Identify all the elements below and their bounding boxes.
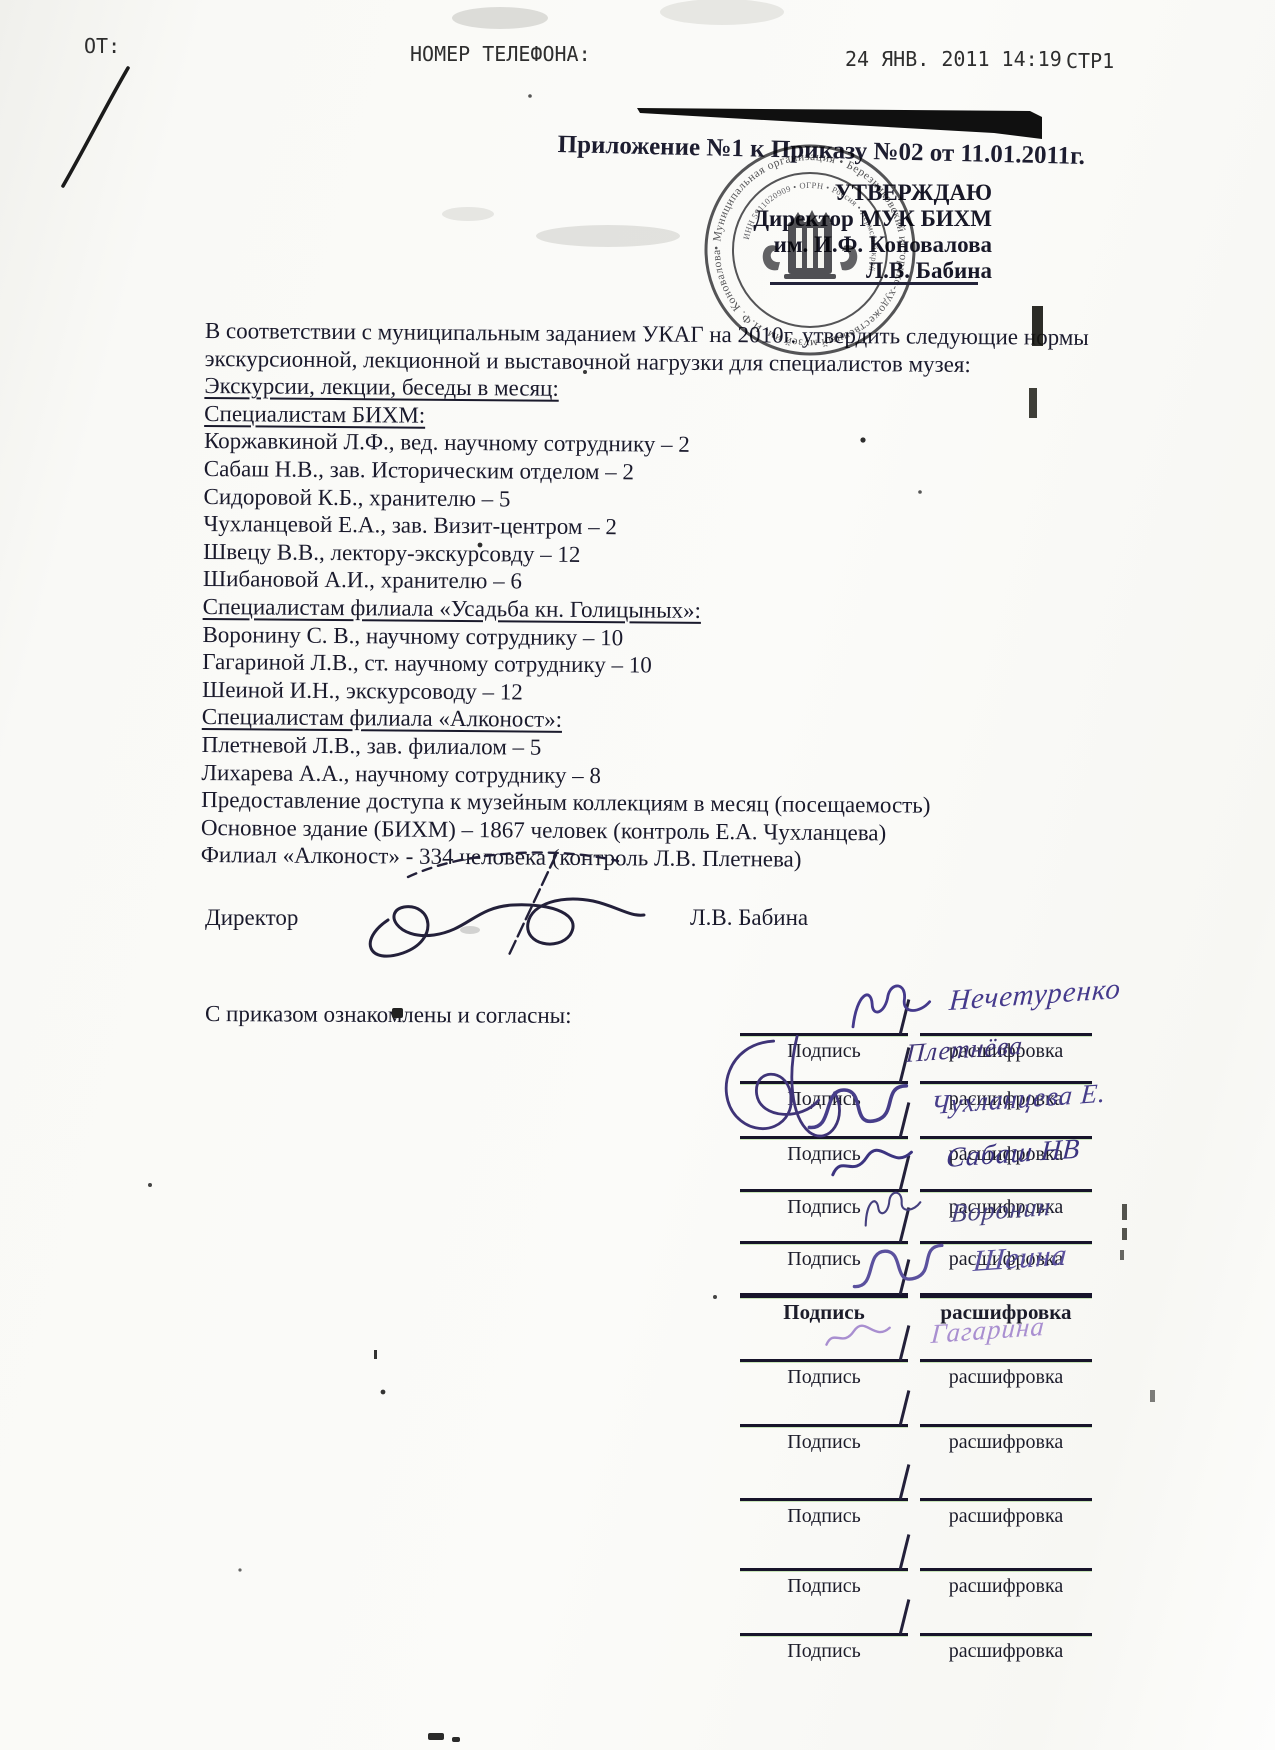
decode-line bbox=[920, 1293, 1092, 1298]
body-lines: Экскурсии, лекции, беседы в месяц:Специа… bbox=[201, 372, 1105, 876]
fax-from-label: ОТ: bbox=[84, 34, 120, 58]
decode-label: расшифровка bbox=[920, 1366, 1092, 1389]
signature-line bbox=[740, 1633, 908, 1636]
signature-line bbox=[740, 1293, 908, 1298]
museum-round-stamp: • Муниципальная организация • Березников… bbox=[700, 140, 920, 360]
decode-label: расшифровка bbox=[920, 1575, 1092, 1598]
director-signature-scribble bbox=[348, 845, 678, 980]
handwritten-name: Нечетуренко bbox=[948, 973, 1122, 1018]
fax-phone-label: НОМЕР ТЕЛЕФОНА: bbox=[410, 42, 591, 66]
approval-signature-line bbox=[770, 282, 978, 285]
scanned-fax-document: ОТ: НОМЕР ТЕЛЕФОНА: 24 ЯНВ. 2011 14:19 С… bbox=[0, 0, 1275, 1750]
decode-line bbox=[920, 1359, 1092, 1362]
decode-line bbox=[920, 1424, 1092, 1427]
handwritten-name: Плетнёва bbox=[905, 1031, 1024, 1069]
signature-line bbox=[740, 1498, 908, 1501]
signature-line bbox=[740, 1568, 908, 1571]
sign-label: Подпись bbox=[740, 1431, 908, 1454]
handwritten-name: Чухланцева Е. bbox=[930, 1078, 1107, 1121]
decode-label: расшифровка bbox=[920, 1505, 1092, 1528]
pen-stroke-mark bbox=[63, 68, 128, 186]
sign-label: Подпись bbox=[740, 1505, 908, 1528]
sign-label: Подпись bbox=[740, 1575, 908, 1598]
slash-separator bbox=[899, 1464, 911, 1500]
slash-separator bbox=[899, 1599, 911, 1635]
decode-line bbox=[920, 1633, 1092, 1636]
director-label: Директор bbox=[205, 905, 298, 931]
handwritten-signature-scribble bbox=[797, 1312, 919, 1358]
handwritten-signature-scribble bbox=[797, 1068, 923, 1140]
body-text-block: В соответствии с муниципальным заданием … bbox=[201, 317, 1105, 876]
decode-line bbox=[920, 1189, 1092, 1192]
signature-line bbox=[740, 1359, 908, 1362]
sign-label: Подпись bbox=[740, 1640, 908, 1663]
signature-line bbox=[740, 1424, 908, 1427]
slash-separator bbox=[899, 1390, 911, 1426]
fax-page-number: СТР1 bbox=[1066, 49, 1114, 73]
slash-separator bbox=[899, 1534, 911, 1570]
handwritten-name: Гагарина bbox=[930, 1311, 1046, 1350]
fax-datetime: 24 ЯНВ. 2011 14:19 bbox=[845, 47, 1062, 71]
stamp-emblem-icon bbox=[763, 210, 858, 279]
handwritten-name: Сабаш НВ bbox=[945, 1133, 1081, 1175]
sign-label: Подпись bbox=[740, 1366, 908, 1389]
handwritten-signature-scribble bbox=[842, 1229, 959, 1299]
director-name: Л.В. Бабина bbox=[690, 905, 808, 931]
decode-label: расшифровка bbox=[920, 1431, 1092, 1454]
decode-line bbox=[920, 1498, 1092, 1501]
acknowledgement-heading: С приказом ознакомлены и согласны: bbox=[205, 1001, 572, 1029]
handwritten-name: Воронин bbox=[950, 1192, 1053, 1229]
decode-line bbox=[920, 1568, 1092, 1571]
decode-label: расшифровка bbox=[920, 1640, 1092, 1663]
handwritten-name: Шеина bbox=[972, 1238, 1069, 1279]
